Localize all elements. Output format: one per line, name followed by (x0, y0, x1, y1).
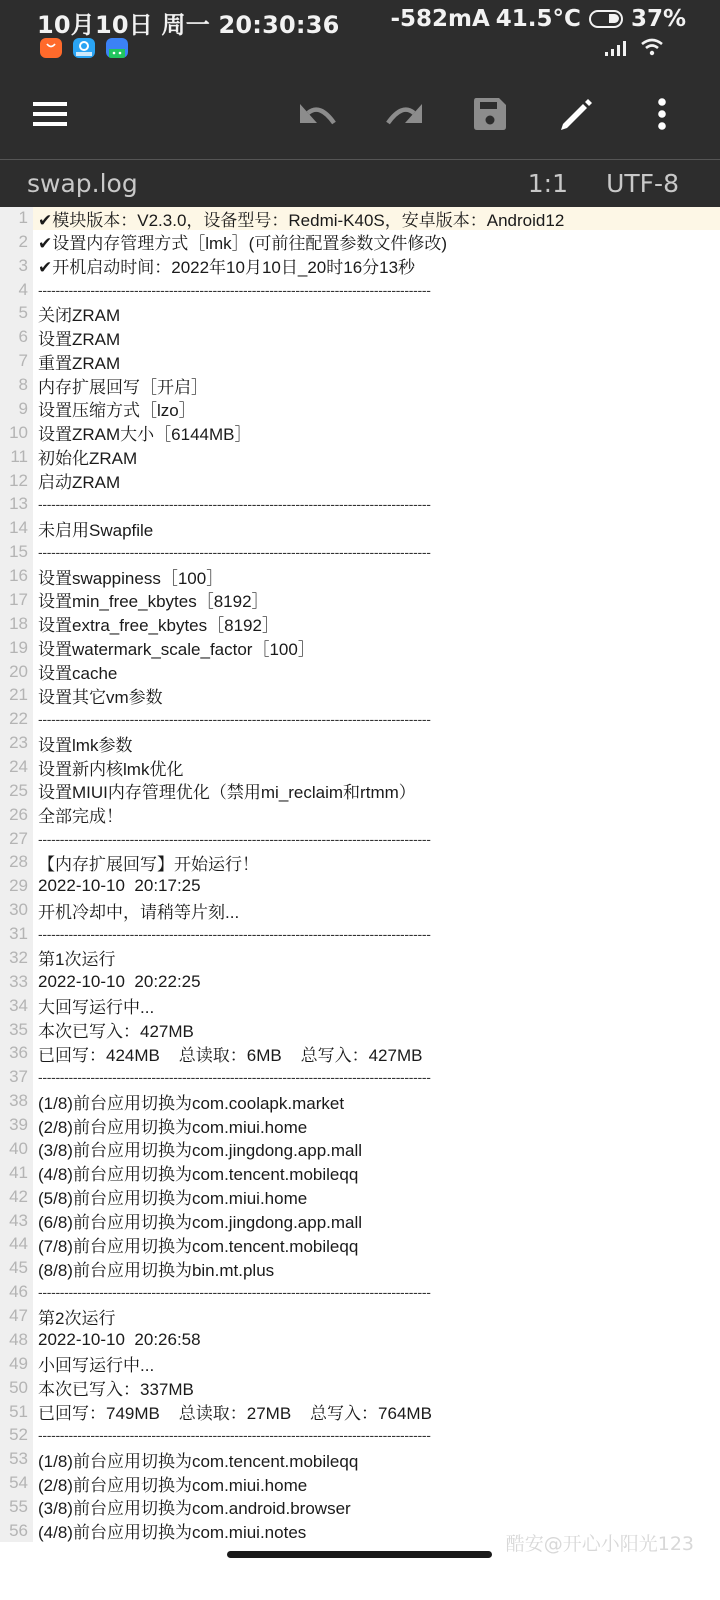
line-text: 设置MIUI内存管理优化（禁用mi_reclaim和rtmm） (38, 778, 416, 803)
line-text: 已回写：424MB 总读取：6MB 总写入：427MB (38, 1041, 422, 1066)
status-bar: 10月10日 周一 20:30:36 -582mA 41.5°C 37% (0, 0, 720, 72)
line-text: ----------------------------------------… (38, 544, 431, 560)
editor-line[interactable]: 19设置watermark_scale_factor［100］ (0, 636, 720, 660)
line-text: 设置min_free_kbytes［8192］ (38, 587, 269, 612)
line-text: 设置swappiness［100］ (38, 564, 223, 589)
line-text: ----------------------------------------… (38, 1284, 431, 1300)
line-text: (6/8)前台应用切换为com.jingdong.app.mall (38, 1208, 362, 1233)
line-text: ✔设置内存管理方式［lmk］(可前往配置参数文件修改) (38, 229, 447, 254)
editor-line[interactable]: 14未启用Swapfile (0, 516, 720, 540)
editor-line[interactable]: 482022-10-10 20:26:58 (0, 1328, 720, 1352)
editor-line[interactable]: 18设置extra_free_kbytes［8192］ (0, 612, 720, 636)
editor-line[interactable]: 36已回写：424MB 总读取：6MB 总写入：427MB (0, 1041, 720, 1065)
line-number: 27 (0, 829, 29, 849)
line-text: 初始化ZRAM (38, 444, 137, 469)
separator-line[interactable]: 27--------------------------------------… (0, 827, 720, 851)
redo-button[interactable] (378, 88, 430, 140)
line-number: 4 (0, 280, 29, 300)
line-text: (7/8)前台应用切换为com.tencent.mobileqq (38, 1232, 358, 1257)
editor-line[interactable]: 292022-10-10 20:17:25 (0, 874, 720, 898)
editor-line[interactable]: 40(3/8)前台应用切换为com.jingdong.app.mall (0, 1137, 720, 1161)
line-number: 16 (0, 566, 29, 586)
editor-line[interactable]: 23设置lmk参数 (0, 731, 720, 755)
line-text: 设置压缩方式［lzo］ (38, 396, 196, 421)
editor-line[interactable]: 53(1/8)前台应用切换为com.tencent.mobileqq (0, 1447, 720, 1471)
menu-button[interactable] (24, 88, 76, 140)
line-number: 45 (0, 1258, 29, 1278)
file-info-bar: swap.log 1:1 UTF-8 (0, 160, 720, 207)
line-number: 12 (0, 471, 29, 491)
line-number: 20 (0, 662, 29, 682)
editor-line[interactable]: 5关闭ZRAM (0, 301, 720, 325)
line-text: (1/8)前台应用切换为com.tencent.mobileqq (38, 1447, 358, 1472)
separator-line[interactable]: 22--------------------------------------… (0, 707, 720, 731)
line-text: 开机冷却中，请稍等片刻... (38, 898, 239, 923)
line-text: 已回写：749MB 总读取：27MB 总写入：764MB (38, 1399, 432, 1424)
editor-line[interactable]: 9设置压缩方式［lzo］ (0, 397, 720, 421)
editor-line[interactable]: 21设置其它vm参数 (0, 683, 720, 707)
line-number: 33 (0, 972, 29, 992)
line-text: 内存扩展回写［开启］ (38, 373, 208, 398)
line-number: 41 (0, 1163, 29, 1183)
separator-line[interactable]: 37--------------------------------------… (0, 1065, 720, 1089)
line-number: 11 (0, 447, 29, 467)
redo-icon (384, 101, 424, 127)
line-text: 设置cache (38, 659, 117, 684)
editor-line[interactable]: 41(4/8)前台应用切换为com.tencent.mobileqq (0, 1161, 720, 1185)
battery-icon (589, 10, 623, 28)
editor-line[interactable]: 7重置ZRAM (0, 349, 720, 373)
line-number: 42 (0, 1187, 29, 1207)
line-number: 24 (0, 757, 29, 777)
editor-line[interactable]: 32第1次运行 (0, 946, 720, 970)
editor-line[interactable]: 1✔模块版本：V2.3.0，设备型号：Redmi-K40S，安卓版本：Andro… (33, 207, 720, 230)
line-text: (8/8)前台应用切换为bin.mt.plus (38, 1256, 274, 1281)
editor-line[interactable]: 50本次已写入：337MB (0, 1376, 720, 1400)
editor-line[interactable]: 16设置swappiness［100］ (0, 564, 720, 588)
edit-icon (559, 96, 595, 132)
line-text: 大回写运行中... (38, 993, 154, 1018)
editor-line[interactable]: 6设置ZRAM (0, 325, 720, 349)
editor-line[interactable]: 8内存扩展回写［开启］ (0, 373, 720, 397)
status-right: -582mA 41.5°C 37% (390, 6, 686, 32)
line-number: 46 (0, 1282, 29, 1302)
line-number: 17 (0, 590, 29, 610)
line-text: 重置ZRAM (38, 349, 120, 374)
line-number: 35 (0, 1020, 29, 1040)
edit-button[interactable] (551, 88, 603, 140)
line-text: 启动ZRAM (38, 468, 120, 493)
line-text: (4/8)前台应用切换为com.tencent.mobileqq (38, 1160, 358, 1185)
line-text: ----------------------------------------… (38, 1427, 431, 1443)
battery-current: -582mA (390, 6, 489, 32)
line-number: 34 (0, 996, 29, 1016)
editor-line[interactable]: 44(7/8)前台应用切换为com.tencent.mobileqq (0, 1232, 720, 1256)
separator-line[interactable]: 13--------------------------------------… (0, 492, 720, 516)
line-text: (3/8)前台应用切换为com.android.browser (38, 1494, 351, 1519)
editor-line[interactable]: 39(2/8)前台应用切换为com.miui.home (0, 1113, 720, 1137)
editor-line[interactable]: 49小回写运行中... (0, 1352, 720, 1376)
line-number: 10 (0, 423, 29, 443)
line-number: 26 (0, 805, 29, 825)
editor-line[interactable]: 332022-10-10 20:22:25 (0, 970, 720, 994)
text-editor[interactable]: 1✔模块版本：V2.3.0，设备型号：Redmi-K40S，安卓版本：Andro… (0, 207, 720, 1542)
line-text: 设置ZRAM (38, 325, 120, 350)
line-number: 52 (0, 1425, 29, 1445)
line-text: 【内存扩展回写】开始运行！ (38, 850, 259, 875)
line-text: ----------------------------------------… (38, 282, 431, 298)
connectivity-icons (604, 38, 664, 56)
line-number: 15 (0, 542, 29, 562)
line-text: (2/8)前台应用切换为com.miui.home (38, 1113, 307, 1138)
line-text: 全部完成！ (38, 802, 123, 827)
line-text: 本次已写入：427MB (38, 1017, 194, 1042)
line-text: 设置lmk参数 (38, 731, 132, 756)
line-number: 44 (0, 1234, 29, 1254)
line-number: 47 (0, 1306, 29, 1326)
line-text: 本次已写入：337MB (38, 1375, 194, 1400)
wifi-icon (640, 38, 664, 56)
line-text: ----------------------------------------… (38, 926, 431, 942)
editor-line[interactable]: 47第2次运行 (0, 1304, 720, 1328)
battery-percent: 37% (631, 6, 686, 32)
editor-line[interactable]: 25设置MIUI内存管理优化（禁用mi_reclaim和rtmm） (0, 779, 720, 803)
editor-line[interactable]: 10设置ZRAM大小［6144MB］ (0, 421, 720, 445)
line-text: (5/8)前台应用切换为com.miui.home (38, 1184, 307, 1209)
line-number: 36 (0, 1043, 29, 1063)
line-text: (3/8)前台应用切换为com.jingdong.app.mall (38, 1136, 362, 1161)
line-number: 43 (0, 1211, 29, 1231)
line-number: 14 (0, 518, 29, 538)
cursor-position: 1:1 (528, 169, 568, 198)
line-text: 关闭ZRAM (38, 301, 120, 326)
line-number: 54 (0, 1473, 29, 1493)
editor-line[interactable]: 24设置新内核lmk优化 (0, 755, 720, 779)
editor-line[interactable]: 34大回写运行中... (0, 994, 720, 1018)
editor-line[interactable]: 42(5/8)前台应用切换为com.miui.home (0, 1185, 720, 1209)
separator-line[interactable]: 4---------------------------------------… (0, 278, 720, 302)
line-text: 设置ZRAM大小［6144MB］ (38, 420, 251, 445)
status-datetime: 10月10日 周一 20:30:36 (37, 5, 340, 40)
line-number: 9 (0, 399, 29, 419)
editor-line[interactable]: 3✔开机启动时间：2022年10月10日_20时16分13秒 (0, 254, 720, 278)
line-text: 2022-10-10 20:26:58 (38, 1330, 201, 1350)
menu-icon (32, 101, 68, 127)
line-text: ----------------------------------------… (38, 711, 431, 727)
line-number: 5 (0, 303, 29, 323)
line-text: 2022-10-10 20:22:25 (38, 972, 201, 992)
line-number: 51 (0, 1402, 29, 1422)
separator-line[interactable]: 52--------------------------------------… (0, 1423, 720, 1447)
editor-line[interactable]: 35本次已写入：427MB (0, 1018, 720, 1042)
toolbar (0, 72, 720, 160)
save-icon (473, 97, 507, 131)
line-number: 40 (0, 1139, 29, 1159)
line-number: 3 (0, 256, 29, 276)
editor-line[interactable]: 28【内存扩展回写】开始运行！ (0, 850, 720, 874)
line-number: 30 (0, 900, 29, 920)
line-text: (1/8)前台应用切换为com.coolapk.market (38, 1089, 344, 1114)
browser-app-icon (73, 38, 95, 58)
line-number: 8 (0, 375, 29, 395)
line-text: 设置新内核lmk优化 (38, 755, 183, 780)
line-text: ----------------------------------------… (38, 831, 431, 847)
line-text: 设置watermark_scale_factor［100］ (38, 635, 315, 660)
shopping-app-icon (40, 38, 62, 58)
editor-line[interactable]: 2✔设置内存管理方式［lmk］(可前往配置参数文件修改) (0, 230, 720, 254)
editor-line[interactable]: 55(3/8)前台应用切换为com.android.browser (0, 1495, 720, 1519)
separator-line[interactable]: 15--------------------------------------… (0, 540, 720, 564)
line-text: 小回写运行中... (38, 1351, 154, 1376)
line-text: 设置其它vm参数 (38, 683, 163, 708)
save-button[interactable] (464, 88, 516, 140)
watermark: 酷安@开心小阳光123 (506, 1529, 694, 1556)
signal-icon (604, 40, 626, 56)
line-text: ----------------------------------------… (38, 496, 431, 512)
line-number: 37 (0, 1067, 29, 1087)
line-text: (4/8)前台应用切换为com.miui.notes (38, 1518, 306, 1542)
file-encoding[interactable]: UTF-8 (606, 169, 679, 198)
undo-icon (298, 101, 338, 127)
line-number: 56 (0, 1521, 29, 1541)
separator-line[interactable]: 46--------------------------------------… (0, 1280, 720, 1304)
line-number: 29 (0, 876, 29, 896)
line-number: 13 (0, 494, 29, 514)
notification-icons (40, 38, 128, 58)
editor-line[interactable]: 12启动ZRAM (0, 469, 720, 493)
line-number: 55 (0, 1497, 29, 1517)
line-number: 53 (0, 1449, 29, 1469)
line-number: 39 (0, 1115, 29, 1135)
editor-line[interactable]: 26全部完成！ (0, 803, 720, 827)
line-number: 21 (0, 685, 29, 705)
editor-line[interactable]: 51已回写：749MB 总读取：27MB 总写入：764MB (0, 1400, 720, 1424)
editor-line[interactable]: 30开机冷却中，请稍等片刻... (0, 898, 720, 922)
line-text: 设置extra_free_kbytes［8192］ (38, 611, 279, 636)
battery-temperature: 41.5°C (496, 6, 581, 32)
editor-line[interactable]: 17设置min_free_kbytes［8192］ (0, 588, 720, 612)
line-text: (2/8)前台应用切换为com.miui.home (38, 1471, 307, 1496)
line-text: 未启用Swapfile (38, 516, 153, 541)
line-text: 第1次运行 (38, 945, 115, 970)
android-app-icon (106, 38, 128, 58)
editor-line[interactable]: 45(8/8)前台应用切换为bin.mt.plus (0, 1256, 720, 1280)
editor-line[interactable]: 38(1/8)前台应用切换为com.coolapk.market (0, 1089, 720, 1113)
line-number: 48 (0, 1330, 29, 1350)
editor-line[interactable]: 43(6/8)前台应用切换为com.jingdong.app.mall (0, 1209, 720, 1233)
line-number: 50 (0, 1378, 29, 1398)
file-name[interactable]: swap.log (27, 169, 138, 198)
line-number: 32 (0, 948, 29, 968)
line-number: 7 (0, 351, 29, 371)
line-number: 28 (0, 852, 29, 872)
more-vert-icon (657, 98, 667, 130)
line-number: 31 (0, 924, 29, 944)
line-text: ✔开机启动时间：2022年10月10日_20时16分13秒 (38, 253, 415, 278)
line-text: ----------------------------------------… (38, 1069, 431, 1085)
more-options-button[interactable] (636, 88, 688, 140)
line-number: 49 (0, 1354, 29, 1374)
line-text: 第2次运行 (38, 1304, 115, 1329)
line-number: 25 (0, 781, 29, 801)
editor-line[interactable]: 11初始化ZRAM (0, 445, 720, 469)
line-number: 6 (0, 327, 29, 347)
line-text: 2022-10-10 20:17:25 (38, 876, 201, 896)
line-number: 19 (0, 638, 29, 658)
line-number: 2 (0, 232, 29, 252)
line-number: 1 (0, 208, 29, 228)
line-number: 23 (0, 733, 29, 753)
line-number: 22 (0, 709, 29, 729)
navigation-area: 酷安@开心小阳光123 (0, 1542, 720, 1600)
undo-button[interactable] (292, 88, 344, 140)
line-text: ✔模块版本：V2.3.0，设备型号：Redmi-K40S，安卓版本：Androi… (38, 207, 564, 231)
gesture-nav-bar[interactable] (227, 1551, 492, 1558)
separator-line[interactable]: 31--------------------------------------… (0, 922, 720, 946)
line-number: 38 (0, 1091, 29, 1111)
editor-line[interactable]: 20设置cache (0, 660, 720, 684)
line-number: 18 (0, 614, 29, 634)
editor-line[interactable]: 54(2/8)前台应用切换为com.miui.home (0, 1471, 720, 1495)
